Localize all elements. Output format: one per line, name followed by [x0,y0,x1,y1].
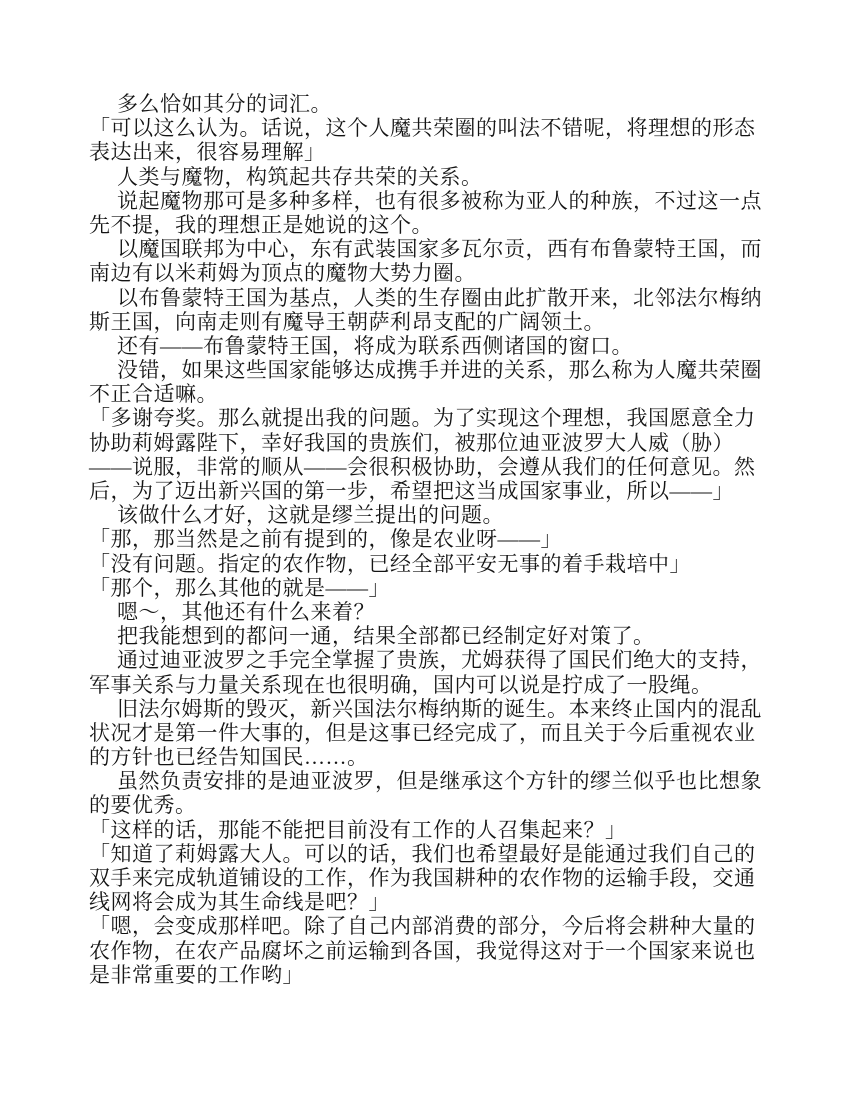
text-line: 表达出来，很容易理解」 [89,140,764,164]
text-line: 说起魔物那可是多种多样，也有很多被称为亚人的种族，不过这一点 [89,189,764,213]
text-line: 南边有以米莉姆为顶点的魔物大势力圈。 [89,261,764,285]
text-line: 「没有问题。指定的农作物，已经全部平安无事的着手栽培中」 [89,552,764,576]
text-line: 不正合适嘛。 [89,382,764,406]
text-line: 状况才是第一件大事的，但是这事已经完成了，而且关于今后重视农业 [89,721,764,745]
text-line: 军事关系与力量关系现在也很明确，国内可以说是拧成了一股绳。 [89,673,764,697]
text-line: ——说服，非常的顺从——会很积极协助，会遵从我们的任何意见。然 [89,455,764,479]
text-line: 协助莉姆露陛下，幸好我国的贵族们，被那位迪亚波罗大人威（胁） [89,431,764,455]
text-line: 还有——布鲁蒙特王国，将成为联系西侧诸国的窗口。 [89,334,764,358]
text-line: 人类与魔物，构筑起共存共荣的关系。 [89,165,764,189]
text-line: 「嗯，会变成那样吧。除了自己内部消费的部分，今后将会耕种大量的 [89,914,764,938]
text-line: 「那个，那么其他的就是——」 [89,576,764,600]
text-line: 双手来完成轨道铺设的工作，作为我国耕种的农作物的运输手段，交通 [89,866,764,890]
text-line: 的要优秀。 [89,793,764,817]
text-line: 以布鲁蒙特王国为基点，人类的生存圈由此扩散开来，北邻法尔梅纳 [89,286,764,310]
text-line: 「可以这么认为。话说，这个人魔共荣圈的叫法不错呢，将理想的形态 [89,116,764,140]
text-line: 虽然负责安排的是迪亚波罗，但是继承这个方针的缪兰似乎也比想象 [89,769,764,793]
text-line: 没错，如果这些国家能够达成携手并进的关系，那么称为人魔共荣圈 [89,358,764,382]
text-line: 先不提，我的理想正是她说的这个。 [89,213,764,237]
text-line: 把我能想到的都问一通，结果全部都已经制定好对策了。 [89,624,764,648]
text-line: 该做什么才好，这就是缪兰提出的问题。 [89,503,764,527]
text-line: 的方针也已经告知国民……。 [89,745,764,769]
text-line: 以魔国联邦为中心，东有武装国家多瓦尔贡，西有布鲁蒙特王国，而 [89,237,764,261]
text-line: 通过迪亚波罗之手完全掌握了贵族，尤姆获得了国民们绝大的支持， [89,648,764,672]
text-line: 斯王国，向南走则有魔导王朝萨利昂支配的广阔领土。 [89,310,764,334]
text-line: 多么恰如其分的词汇。 [89,92,764,116]
page-text: 多么恰如其分的词汇。「可以这么认为。话说，这个人魔共荣圈的叫法不错呢，将理想的形… [89,92,764,987]
text-line: 旧法尔姆斯的毁灭，新兴国法尔梅纳斯的诞生。本来终止国内的混乱 [89,697,764,721]
text-line: 「这样的话，那能不能把目前没有工作的人召集起来？」 [89,818,764,842]
text-line: 后，为了迈出新兴国的第一步，希望把这当成国家事业，所以——」 [89,479,764,503]
text-line: 线网将会成为其生命线是吧？」 [89,890,764,914]
text-line: 农作物，在农产品腐坏之前运输到各国，我觉得这对于一个国家来说也 [89,939,764,963]
text-line: 嗯～，其他还有什么来着？ [89,600,764,624]
text-line: 「知道了莉姆露大人。可以的话，我们也希望最好是能通过我们自己的 [89,842,764,866]
text-line: 是非常重要的工作哟」 [89,963,764,987]
text-line: 「多谢夸奖。那么就提出我的问题。为了实现这个理想，我国愿意全力 [89,406,764,430]
novel-page: 多么恰如其分的词汇。「可以这么认为。话说，这个人魔共荣圈的叫法不错呢，将理想的形… [0,0,850,1100]
document-page-background: { "page": { "background_color": "#ffffff… [0,0,850,1100]
text-line: 「那，那当然是之前有提到的，像是农业呀——」 [89,527,764,551]
